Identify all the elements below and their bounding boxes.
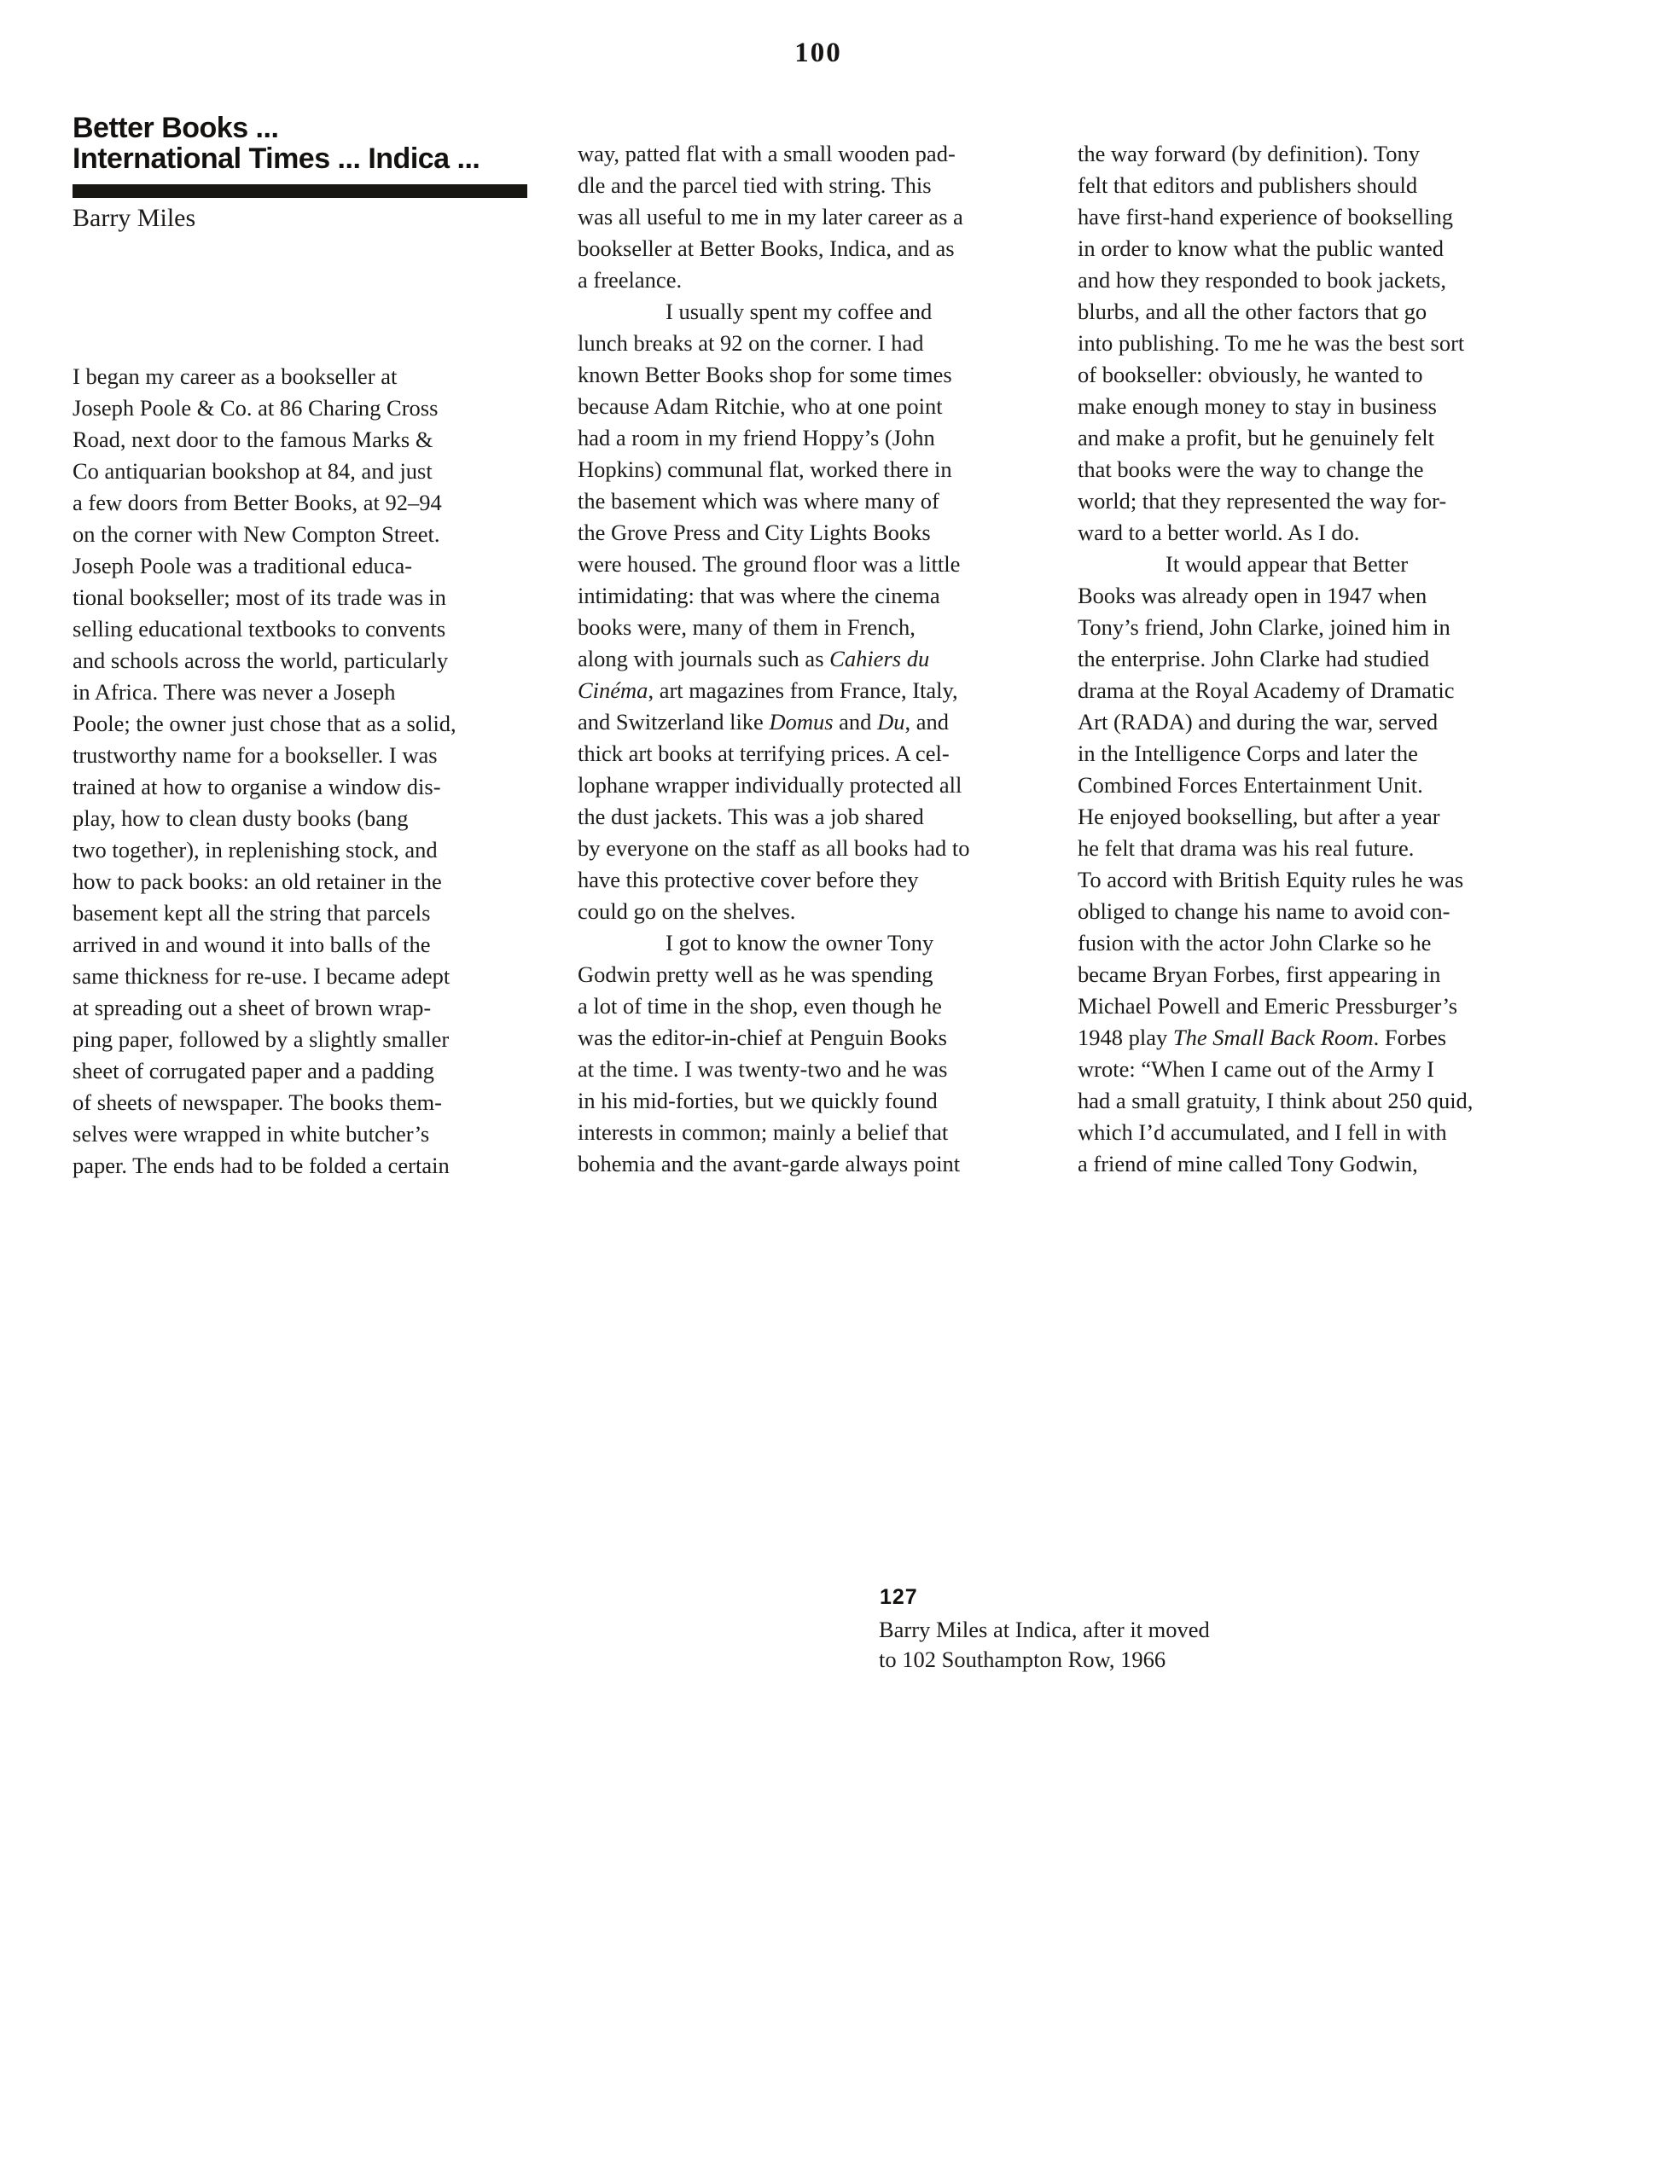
text-line: arrived in and wound it into balls of th… (73, 929, 572, 961)
text-line: were housed. The ground floor was a litt… (578, 549, 1077, 580)
text-line: had a room in my friend Hoppy’s (John (578, 422, 1077, 454)
text-line: felt that editors and publishers should (1078, 170, 1577, 201)
text-column-3: the way forward (by definition). Tonyfel… (1078, 138, 1577, 1180)
text-line: thick art books at terrifying prices. A … (578, 738, 1077, 770)
article-title-line-1: Better Books ... (73, 113, 480, 143)
book-page: 100 Better Books ... International Times… (0, 0, 1680, 2184)
page-number: 100 (733, 39, 904, 67)
text-line: play, how to clean dusty books (bang (73, 803, 572, 834)
text-line: It would appear that Better (1078, 549, 1577, 580)
caption-text: Barry Miles at Indica, after it movedto … (879, 1615, 1210, 1675)
text-line: fusion with the actor John Clarke so he (1078, 927, 1577, 959)
text-line: have this protective cover before they (578, 864, 1077, 896)
text-line: he felt that drama was his real future. (1078, 833, 1577, 864)
text-line: same thickness for re-use. I became adep… (73, 961, 572, 992)
text-line: He enjoyed bookselling, but after a year (1078, 801, 1577, 833)
text-line: the way forward (by definition). Tony (1078, 138, 1577, 170)
text-line: obliged to change his name to avoid con- (1078, 896, 1577, 927)
text-line: a few doors from Better Books, at 92–94 (73, 487, 572, 519)
italic-text: Cahiers du (829, 646, 929, 671)
text-line: ping paper, followed by a slightly small… (73, 1024, 572, 1055)
text-line: have first-hand experience of booksellin… (1078, 201, 1577, 233)
text-line: Hopkins) communal flat, worked there in (578, 454, 1077, 485)
text-line: the enterprise. John Clarke had studied (1078, 643, 1577, 675)
text-line: dle and the parcel tied with string. Thi… (578, 170, 1077, 201)
text-line: tional bookseller; most of its trade was… (73, 582, 572, 613)
text-line: became Bryan Forbes, first appearing in (1078, 959, 1577, 990)
text-line: at spreading out a sheet of brown wrap- (73, 992, 572, 1024)
text-line: bohemia and the avant-garde always point (578, 1148, 1077, 1180)
text-line: drama at the Royal Academy of Dramatic (1078, 675, 1577, 706)
text-line: interests in common; mainly a belief tha… (578, 1117, 1077, 1148)
text-line: blurbs, and all the other factors that g… (1078, 296, 1577, 328)
text-line: was the editor-in-chief at Penguin Books (578, 1022, 1077, 1054)
article-title-line-2: International Times ... Indica ... (73, 143, 480, 174)
text-line: Michael Powell and Emeric Pressburger’s (1078, 990, 1577, 1022)
text-line: wrote: “When I came out of the Army I (1078, 1054, 1577, 1085)
text-line: trustworthy name for a bookseller. I was (73, 740, 572, 771)
text-line: and how they responded to book jackets, (1078, 264, 1577, 296)
text-line: the Grove Press and City Lights Books (578, 517, 1077, 549)
text-line: ward to a better world. As I do. (1078, 517, 1577, 549)
text-line: Combined Forces Entertainment Unit. (1078, 770, 1577, 801)
text-line: intimidating: that was where the cinema (578, 580, 1077, 612)
text-line: of sheets of newspaper. The books them- (73, 1087, 572, 1118)
text-line: had a small gratuity, I think about 250 … (1078, 1085, 1577, 1117)
text-line: Books was already open in 1947 when (1078, 580, 1577, 612)
article-title: Better Books ... International Times ...… (73, 113, 480, 174)
text-line: paper. The ends had to be folded a certa… (73, 1150, 572, 1182)
text-line: I usually spent my coffee and (578, 296, 1077, 328)
text-line: and schools across the world, particular… (73, 645, 572, 677)
text-line: Road, next door to the famous Marks & (73, 424, 572, 456)
text-line: selling educational textbooks to convent… (73, 613, 572, 645)
text-line: of bookseller: obviously, he wanted to (1078, 359, 1577, 391)
text-line: 1948 play The Small Back Room. Forbes (1078, 1022, 1577, 1054)
text-line: by everyone on the staff as all books ha… (578, 833, 1077, 864)
text-line: the dust jackets. This was a job shared (578, 801, 1077, 833)
text-line: Co antiquarian bookshop at 84, and just (73, 456, 572, 487)
text-line: two together), in replenishing stock, an… (73, 834, 572, 866)
text-line: could go on the shelves. (578, 896, 1077, 927)
text-line: I began my career as a bookseller at (73, 361, 572, 392)
text-line: in Africa. There was never a Joseph (73, 677, 572, 708)
text-line: way, patted flat with a small wooden pad… (578, 138, 1077, 170)
text-line: books were, many of them in French, (578, 612, 1077, 643)
text-line: Godwin pretty well as he was spending (578, 959, 1077, 990)
text-line: sheet of corrugated paper and a padding (73, 1055, 572, 1087)
text-line: a freelance. (578, 264, 1077, 296)
text-line: Art (RADA) and during the war, served (1078, 706, 1577, 738)
text-line: bookseller at Better Books, Indica, and … (578, 233, 1077, 264)
text-line: Cinéma, art magazines from France, Italy… (578, 675, 1077, 706)
italic-text: Cinéma (578, 677, 648, 703)
italic-text: Domus (769, 709, 833, 735)
text-line: to 102 Southampton Row, 1966 (879, 1645, 1210, 1675)
text-line: because Adam Ritchie, who at one point (578, 391, 1077, 422)
text-line: I got to know the owner Tony (578, 927, 1077, 959)
text-line: make enough money to stay in business (1078, 391, 1577, 422)
text-line: trained at how to organise a window dis- (73, 771, 572, 803)
text-line: Tony’s friend, John Clarke, joined him i… (1078, 612, 1577, 643)
text-line: world; that they represented the way for… (1078, 485, 1577, 517)
text-line: and make a profit, but he genuinely felt (1078, 422, 1577, 454)
text-line: a lot of time in the shop, even though h… (578, 990, 1077, 1022)
text-line: into publishing. To me he was the best s… (1078, 328, 1577, 359)
text-line: To accord with British Equity rules he w… (1078, 864, 1577, 896)
text-line: the basement which was where many of (578, 485, 1077, 517)
text-line: known Better Books shop for some times (578, 359, 1077, 391)
text-column-1: I began my career as a bookseller atJose… (73, 361, 572, 1182)
text-line: Barry Miles at Indica, after it moved (879, 1615, 1210, 1645)
text-line: on the corner with New Compton Street. (73, 519, 572, 550)
text-line: along with journals such as Cahiers du (578, 643, 1077, 675)
italic-text: Du (877, 709, 904, 735)
text-line: a friend of mine called Tony Godwin, (1078, 1148, 1577, 1180)
text-line: Joseph Poole & Co. at 86 Charing Cross (73, 392, 572, 424)
text-line: in his mid-forties, but we quickly found (578, 1085, 1077, 1117)
text-line: at the time. I was twenty-two and he was (578, 1054, 1077, 1085)
text-line: that books were the way to change the (1078, 454, 1577, 485)
text-line: which I’d accumulated, and I fell in wit… (1078, 1117, 1577, 1148)
text-line: in the Intelligence Corps and later the (1078, 738, 1577, 770)
text-line: lophane wrapper individually protected a… (578, 770, 1077, 801)
text-line: lunch breaks at 92 on the corner. I had (578, 328, 1077, 359)
text-line: selves were wrapped in white butcher’s (73, 1118, 572, 1150)
italic-text: The Small Back Room (1173, 1025, 1374, 1050)
text-line: how to pack books: an old retainer in th… (73, 866, 572, 897)
text-line: Poole; the owner just chose that as a so… (73, 708, 572, 740)
caption-number: 127 (880, 1587, 918, 1608)
title-rule (73, 184, 527, 198)
text-line: basement kept all the string that parcel… (73, 897, 572, 929)
text-column-2: way, patted flat with a small wooden pad… (578, 138, 1077, 1180)
text-line: in order to know what the public wanted (1078, 233, 1577, 264)
text-line: and Switzerland like Domus and Du, and (578, 706, 1077, 738)
text-line: was all useful to me in my later career … (578, 201, 1077, 233)
text-line: Joseph Poole was a traditional educa- (73, 550, 572, 582)
author-byline: Barry Miles (73, 206, 195, 231)
